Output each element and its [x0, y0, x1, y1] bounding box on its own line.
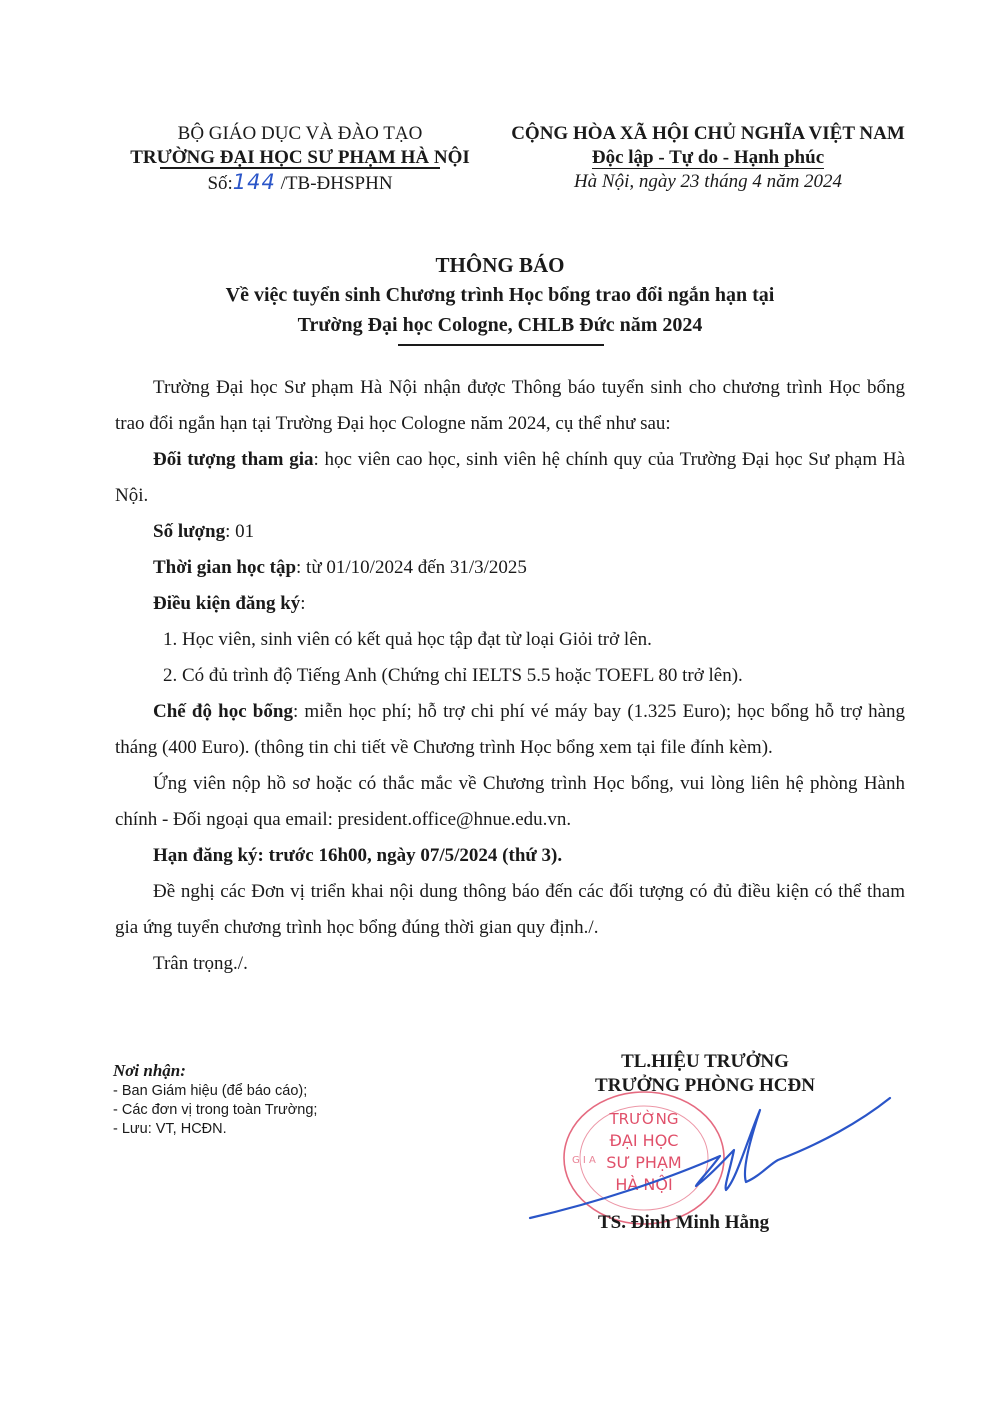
- title-subtitle-line2: Trường Đại học Cologne, CHLB Đức năm 202…: [150, 310, 850, 340]
- place-date: Hà Nội, ngày 23 tháng 4 năm 2024: [488, 170, 928, 194]
- title-main: THÔNG BÁO: [150, 250, 850, 280]
- condition-item: 2. Có đủ trình độ Tiếng Anh (Chứng chỉ I…: [115, 658, 905, 694]
- document-title: THÔNG BÁO Về việc tuyển sinh Chương trìn…: [150, 250, 850, 340]
- recipients-block: Nơi nhận: - Ban Giám hiệu (để báo cáo); …: [113, 1060, 413, 1139]
- document-body: Trường Đại học Sư phạm Hà Nội nhận được …: [115, 370, 905, 982]
- document-number: Số:144 /TB-ĐHSPHN: [100, 170, 500, 196]
- benefits-paragraph: Chế độ học bổng: miễn học phí; hỗ trợ ch…: [115, 694, 905, 766]
- nation-name: CỘNG HÒA XÃ HỘI CHỦ NGHĨA VIỆT NAM: [488, 122, 928, 146]
- contact-email[interactable]: president.office@hnue.edu.vn: [338, 809, 567, 830]
- title-underline: [398, 344, 604, 346]
- national-header: CỘNG HÒA XÃ HỘI CHỦ NGHĨA VIỆT NAM Độc l…: [488, 122, 928, 194]
- signer-name: TS. Đinh Minh Hằng: [598, 1212, 858, 1234]
- recipient-item: - Ban Giám hiệu (để báo cáo);: [113, 1082, 413, 1101]
- request-paragraph: Đề nghị các Đơn vị triển khai nội dung t…: [115, 874, 905, 946]
- study-period-paragraph: Thời gian học tập: từ 01/10/2024 đến 31/…: [115, 550, 905, 586]
- quantity-paragraph: Số lượng: 01: [115, 514, 905, 550]
- closing-line: Trân trọng./.: [115, 946, 905, 982]
- title-subtitle-line1: Về việc tuyển sinh Chương trình Học bổng…: [150, 280, 850, 310]
- national-motto: Độc lập - Tự do - Hạnh phúc: [592, 148, 824, 169]
- recipients-title: Nơi nhận:: [113, 1060, 413, 1082]
- contact-paragraph: Ứng viên nộp hồ sơ hoặc có thắc mắc về C…: [115, 766, 905, 838]
- recipient-item: - Các đơn vị trong toàn Trường;: [113, 1101, 413, 1120]
- ministry-name: BỘ GIÁO DỤC VÀ ĐÀO TẠO: [100, 122, 500, 146]
- document-number-handwritten: 144: [233, 170, 276, 194]
- deadline-paragraph: Hạn đăng ký: trước 16h00, ngày 07/5/2024…: [115, 838, 905, 874]
- signature-title-line1: TL.HIỆU TRƯỞNG: [560, 1050, 850, 1074]
- conditions-heading: Điều kiện đăng ký:: [115, 586, 905, 622]
- handwritten-signature: [520, 1090, 900, 1230]
- issuer-header: BỘ GIÁO DỤC VÀ ĐÀO TẠO TRƯỜNG ĐẠI HỌC SƯ…: [100, 122, 500, 196]
- condition-item: 1. Học viên, sinh viên có kết quả học tậ…: [115, 622, 905, 658]
- signature-stroke-icon: [520, 1090, 900, 1230]
- target-paragraph: Đối tượng tham gia: học viên cao học, si…: [115, 442, 905, 514]
- intro-paragraph: Trường Đại học Sư phạm Hà Nội nhận được …: [115, 370, 905, 442]
- recipient-item: - Lưu: VT, HCĐN.: [113, 1120, 413, 1139]
